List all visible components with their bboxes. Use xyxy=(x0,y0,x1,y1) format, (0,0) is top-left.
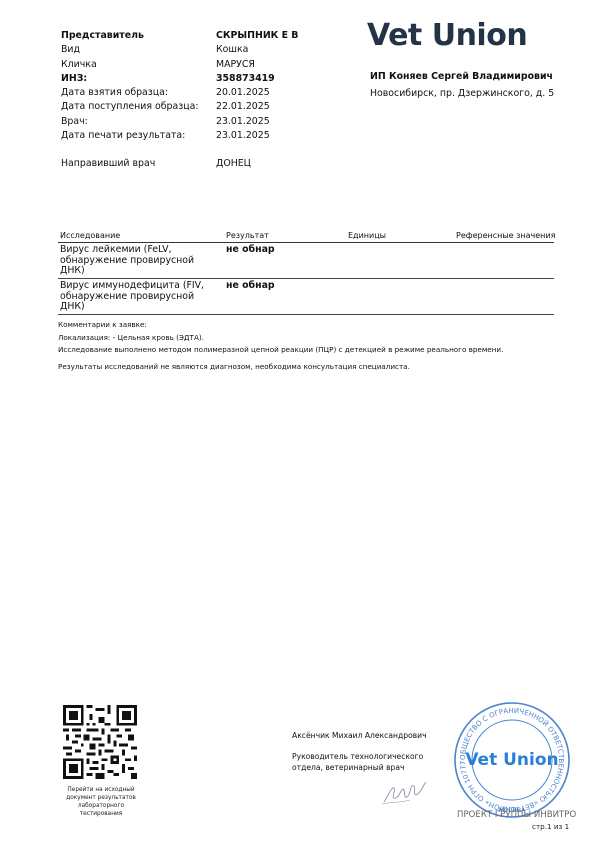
test-result: не обнар xyxy=(226,281,275,292)
test-name: Вирус лейкемии (FeLV, обнаружение провир… xyxy=(60,245,220,277)
info-label: Дата поступления образца: xyxy=(61,100,199,114)
info-label: Дата взятия образца: xyxy=(61,86,168,100)
qr-code-icon[interactable] xyxy=(63,705,137,779)
info-value: 20.01.2025 xyxy=(216,86,270,100)
signature-icon xyxy=(380,778,430,808)
info-row-nickname: Кличка МАРУСЯ xyxy=(61,58,361,72)
info-value: 358873419 xyxy=(216,72,275,86)
column-header-units: Единицы xyxy=(348,231,386,240)
info-value: Кошка xyxy=(216,43,248,57)
column-header-result: Результат xyxy=(226,231,269,240)
qr-caption: Перейти на исходный документ результатов… xyxy=(56,786,146,818)
info-row-species: Вид Кошка xyxy=(61,43,361,57)
page-number: стр.1 из 1 xyxy=(532,822,569,831)
info-label: Кличка xyxy=(61,58,97,72)
test-result: не обнар xyxy=(226,245,275,256)
stamp-icon: ОБЩЕСТВО С ОГРАНИЧЕННОЙ ОТВЕТСТВЕННОСТЬЮ… xyxy=(452,700,572,820)
org-name: ИП Коняев Сергей Владимирович xyxy=(370,71,553,82)
comments-title: Комментарии к заявке: xyxy=(58,320,147,329)
table-row: Вирус иммунодефицита (FIV, обнаружение п… xyxy=(58,279,554,315)
table-row: Вирус лейкемии (FeLV, обнаружение провир… xyxy=(58,243,554,279)
stamp-logo: Vet Union xyxy=(465,750,558,770)
results-table: Исследование Результат Единицы Референсн… xyxy=(58,230,554,315)
info-value: 23.01.2025 xyxy=(216,129,270,143)
column-header-reference: Референсные значения xyxy=(456,231,555,240)
info-value: МАРУСЯ xyxy=(216,58,255,72)
info-label: Направивший врач xyxy=(61,157,155,171)
vet-union-logo: Vet Union xyxy=(367,18,527,53)
info-label: Вид xyxy=(61,43,80,57)
info-row-referring-doctor: Направивший врач ДОНЕЦ xyxy=(61,157,361,171)
info-label: Дата печати результата: xyxy=(61,129,185,143)
info-label: ИНЗ: xyxy=(61,72,87,86)
info-row-doctor: Врач: 23.01.2025 xyxy=(61,115,361,129)
info-row-representative: Представитель СКРЫПНИК Е В xyxy=(61,29,361,43)
comments-localization: Локализация: - Цельная кровь (ЭДТА). xyxy=(58,333,204,342)
disclaimer: Результаты исследований не являются диаг… xyxy=(58,362,410,371)
column-header-test: Исследование xyxy=(60,231,120,240)
comments-method: Исследование выполнено методом полимераз… xyxy=(58,345,503,354)
org-address: Новосибирск, пр. Дзержинского, д. 5 xyxy=(370,88,554,99)
info-row-inz: ИНЗ: 358873419 xyxy=(61,72,361,86)
info-row-sample-date: Дата взятия образца: 20.01.2025 xyxy=(61,86,361,100)
test-name: Вирус иммунодефицита (FIV, обнаружение п… xyxy=(60,281,220,313)
info-value: ДОНЕЦ xyxy=(216,157,251,171)
info-value: 23.01.2025 xyxy=(216,115,270,129)
info-row-received-date: Дата поступления образца: 22.01.2025 xyxy=(61,100,361,114)
info-value: 22.01.2025 xyxy=(216,100,270,114)
signer-name: Аксёнчик Михаил Александрович xyxy=(292,731,427,740)
signer-title-line1: Руководитель технологического xyxy=(292,752,423,761)
info-row-print-date: Дата печати результата: 23.01.2025 xyxy=(61,129,361,143)
table-header: Исследование Результат Единицы Референсн… xyxy=(58,230,554,243)
info-label: Представитель xyxy=(61,29,144,43)
project-label: ПРОЕКТ ГРУППЫ ИНВИТРО xyxy=(457,810,576,820)
info-label: Врач: xyxy=(61,115,88,129)
info-value: СКРЫПНИК Е В xyxy=(216,29,298,43)
signer-title-line2: отдела, ветеринарный врач xyxy=(292,763,405,772)
